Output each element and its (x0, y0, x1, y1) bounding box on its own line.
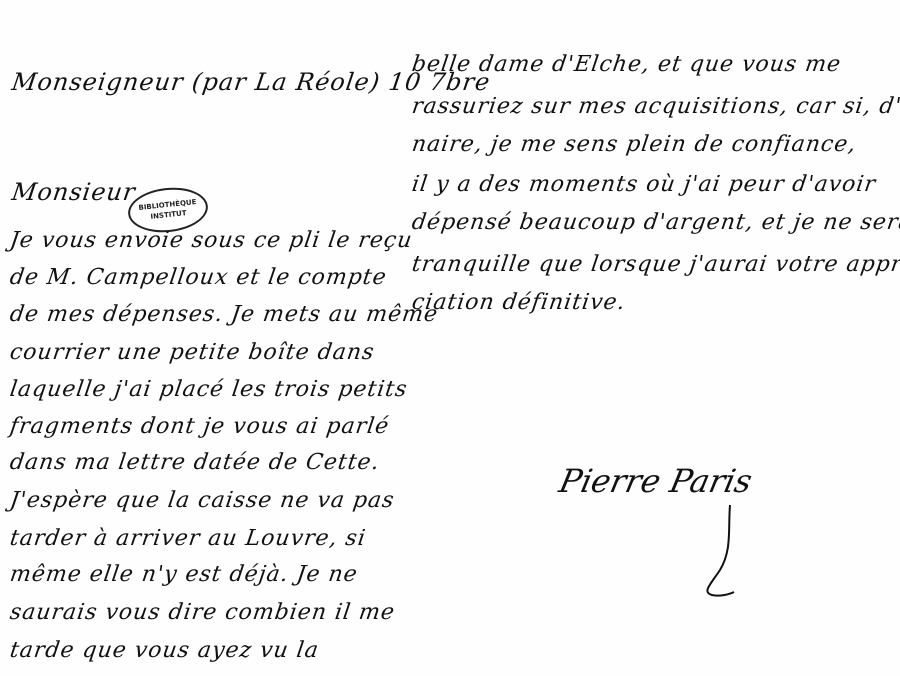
text-line: tarder à arriver au Louvre, si (8, 526, 367, 551)
signature: Pierre Paris (556, 462, 756, 500)
text-line: dépensé beaucoup d'argent, et je ne sera… (410, 210, 900, 235)
text-line: J'espère que la caisse ne va pas (8, 488, 396, 513)
salutation: Monsieur (10, 178, 138, 206)
text-line: ciation définitive. (410, 290, 627, 315)
signature-flourish-icon (690, 500, 740, 600)
text-line: saurais vous dire combien il me (8, 600, 396, 625)
text-line: Je vous envoie sous ce pli le reçu (8, 228, 414, 253)
letter-page: Monseigneur (par La Réole) 10 7bre Monsi… (0, 0, 900, 676)
text-line: laquelle j'ai placé les trois petits (8, 377, 409, 402)
text-line: tranquille que lorsque j'aurai votre app… (410, 252, 900, 277)
text-line: de mes dépenses. Je mets au même (8, 302, 440, 327)
text-line: rassuriez sur mes acquisitions, car si, … (410, 94, 900, 119)
text-line: de M. Campelloux et le compte (8, 265, 388, 290)
text-line: dans ma lettre datée de Cette. (8, 450, 381, 475)
text-line: tarde que vous ayez vu la (8, 638, 320, 663)
text-line: même elle n'y est déjà. Je ne (8, 562, 359, 587)
text-line: il y a des moments où j'ai peur d'avoir (410, 172, 877, 197)
text-line: naire, je me sens plein de confiance, (410, 132, 858, 157)
text-line: courrier une petite boîte dans (8, 340, 376, 365)
text-line: fragments dont je vous ai parlé (8, 414, 391, 439)
text-line: belle dame d'Elche, et que vous me (410, 52, 843, 77)
